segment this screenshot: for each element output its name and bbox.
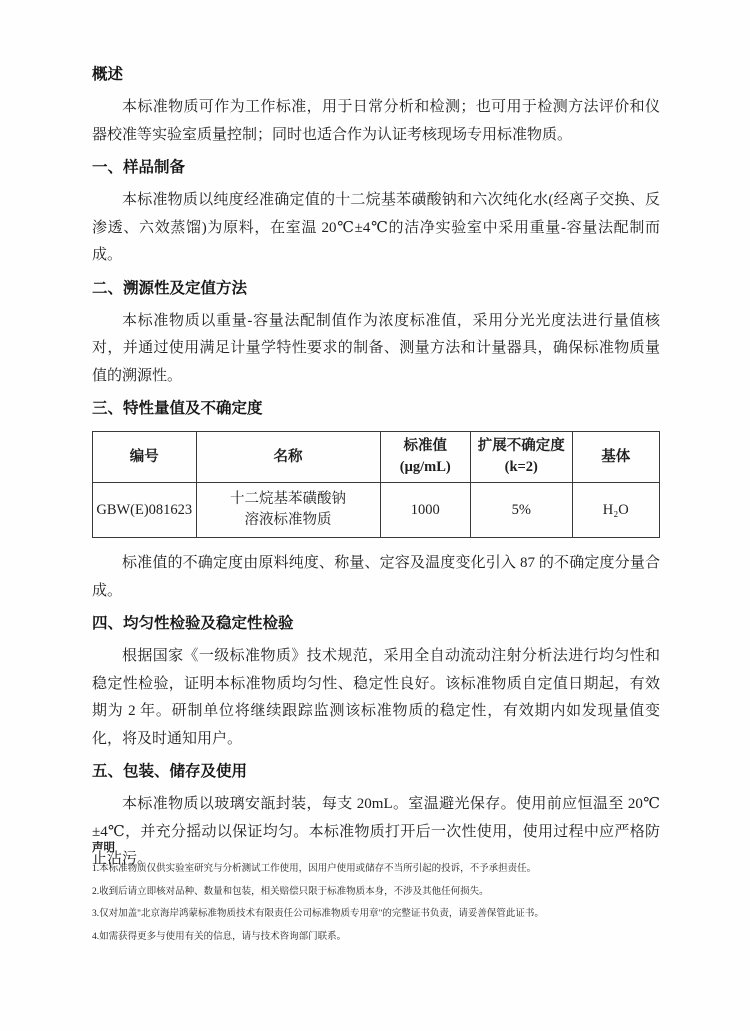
section-2-heading: 二、溯源性及定值方法 [92,279,660,299]
certificate-body: 概述 本标准物质可作为工作标准，用于日常分析和检测；也可用于检测方法评价和仪器校… [92,56,660,880]
table-row: GBW(E)081623 十二烷基苯磺酸钠 溶液标准物质 1000 5% H₂O [93,483,660,538]
header-name: 名称 [196,432,380,483]
declaration-note-2: 2.收到后请立即核对品种、数量和包装，相关赔偿只限于标准物质本身，不涉及其他任何… [92,881,660,904]
header-id: 编号 [93,432,197,483]
table-header-row: 编号 名称 标准值 (μg/mL) 扩展不确定度 (k=2) 基体 [93,432,660,483]
section-1-paragraph: 本标准物质以纯度经准确定值的十二烷基苯磺酸钠和六次纯化水(经离子交换、反渗透、六… [92,187,660,270]
declaration-heading: 声明 [92,841,660,855]
overview-paragraph: 本标准物质可作为工作标准，用于日常分析和检测；也可用于检测方法评价和仪器校准等实… [92,94,660,149]
section-4-paragraph: 根据国家《一级标准物质》技术规范，采用全自动流动注射分析法进行均匀性和稳定性检验… [92,643,660,753]
declaration-section: 声明 1.本标准物质仅供实验室研究与分析测试工作使用，因用户使用或储存不当所引起… [92,841,660,948]
cell-matrix: H₂O [572,483,659,538]
cell-name: 十二烷基苯磺酸钠 溶液标准物质 [196,483,380,538]
declaration-note-4: 4.如需获得更多与使用有关的信息，请与技术咨询部门联系。 [92,926,660,949]
section-3-heading: 三、特性量值及不确定度 [92,399,660,419]
certificate-page: 概述 本标准物质可作为工作标准，用于日常分析和检测；也可用于检测方法评价和仪器校… [0,0,750,1031]
header-matrix: 基体 [572,432,659,483]
declaration-note-3: 3.仅对加盖"北京海岸鸿蒙标准物质技术有限责任公司标准物质专用章"的完整证书负责… [92,903,660,926]
section-2-paragraph: 本标准物质以重量-容量法配制值作为浓度标准值，采用分光光度法进行量值核对，并通过… [92,308,660,391]
section-4-heading: 四、均匀性检验及稳定性检验 [92,614,660,634]
cell-id: GBW(E)081623 [93,483,197,538]
cell-standard-value: 1000 [380,483,470,538]
section-3-paragraph: 标准值的不确定度由原料纯度、称量、定容及温度变化引入 87 的不确定度分量合成。 [92,550,660,605]
cell-uncertainty: 5% [470,483,572,538]
header-uncertainty: 扩展不确定度 (k=2) [470,432,572,483]
section-1-heading: 一、样品制备 [92,158,660,178]
declaration-note-1: 1.本标准物质仅供实验室研究与分析测试工作使用，因用户使用或储存不当所引起的投诉… [92,858,660,881]
header-standard-value: 标准值 (μg/mL) [380,432,470,483]
section-5-heading: 五、包装、储存及使用 [92,762,660,782]
overview-heading: 概述 [92,65,660,85]
characteristic-value-table: 编号 名称 标准值 (μg/mL) 扩展不确定度 (k=2) 基体 GBW(E)… [92,431,660,538]
